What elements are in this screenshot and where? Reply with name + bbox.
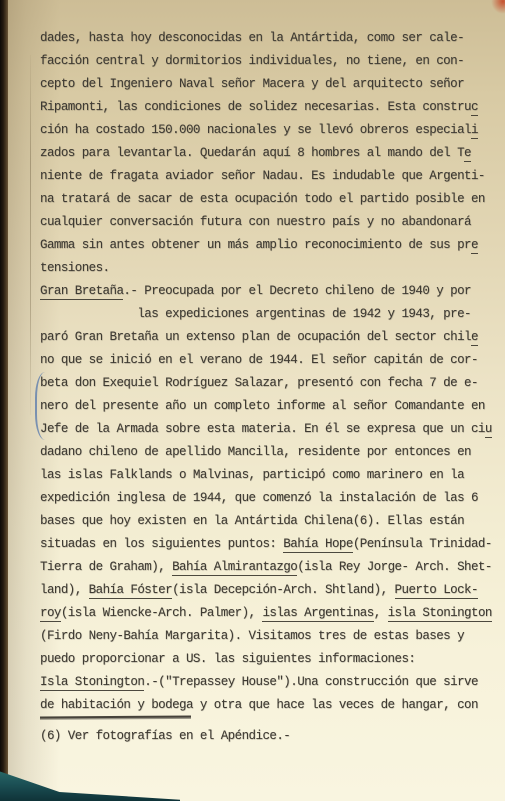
text-segment: niente de fragata aviador señor Nadau. E… xyxy=(40,169,485,183)
text-line: cualquier conversación futura con nuestr… xyxy=(40,211,492,234)
text-segment: beta don Exequiel Rodríguez Salazar, pre… xyxy=(40,376,478,390)
text-line: expedición inglesa de 1944, que comenzó … xyxy=(40,487,492,510)
text-segment: las islas Falklands o Malvinas, particip… xyxy=(40,468,464,482)
text-segment: , xyxy=(374,606,388,620)
text-line: zados para levantarla. Quedarán aquí 8 h… xyxy=(40,142,492,165)
text-segment: cepto del Ingeniero Naval señor Macera y… xyxy=(40,77,464,91)
text-segment: (isla Wiencke-Arch. Palmer), xyxy=(61,606,263,620)
text-line: Gamma sin antes obtener un más amplio re… xyxy=(40,234,492,257)
underlined-text: isla Stonington xyxy=(388,606,492,622)
text-line: Jefe de la Armada sobre esta materia. En… xyxy=(40,418,492,441)
underlined-text: Isla Stonington xyxy=(40,675,144,691)
text-segment: nero del presente año un completo inform… xyxy=(40,399,485,413)
text-segment: puedo proporcionar a US. las siguientes … xyxy=(40,652,415,666)
text-segment: .-("Trepassey House").Una construcción q… xyxy=(144,675,478,689)
text-segment: zados para levantarla. Quedarán aquí 8 h… xyxy=(40,146,464,160)
text-line: (Firdo Neny-Bahía Margarita). Visitamos … xyxy=(40,625,492,648)
underlined-text: e xyxy=(464,146,471,162)
underlined-text: c xyxy=(471,100,478,116)
text-segment: de habitación y bodega y otra que hace l… xyxy=(40,698,478,712)
text-segment: dadano chileno de apellido Mancilla, res… xyxy=(40,445,471,459)
text-segment: na tratará de sacar de esta ocupación to… xyxy=(40,192,485,206)
underlined-text: Puerto Lock- xyxy=(395,583,478,599)
underlined-text: Bahía Hope xyxy=(283,537,353,553)
underlined-text: e xyxy=(471,238,478,254)
document-page: dades, hasta hoy desconocidas en la Antá… xyxy=(0,0,505,801)
text-segment: (Península Trinidad- xyxy=(353,537,492,551)
text-line: tensiones. xyxy=(40,257,492,280)
text-line: paró Gran Bretaña un extenso plan de ocu… xyxy=(40,326,492,349)
underlined-text: i xyxy=(471,123,478,139)
document-photo: dades, hasta hoy desconocidas en la Antá… xyxy=(0,0,505,801)
underlined-text: e xyxy=(471,330,478,346)
text-segment: ción ha costado 150.000 nacionales y se … xyxy=(40,123,471,137)
text-line: dades, hasta hoy desconocidas en la Antá… xyxy=(40,27,492,50)
text-line: facción central y dormitorios individual… xyxy=(40,50,492,73)
paper-crease xyxy=(30,55,31,415)
text-line: Isla Stonington.-("Trepassey House").Una… xyxy=(40,671,492,694)
text-line: niente de fragata aviador señor Nadau. E… xyxy=(40,165,492,188)
text-segment: cualquier conversación futura con nuestr… xyxy=(40,215,471,229)
text-segment: bases que hoy existen en la Antártida Ch… xyxy=(40,514,464,528)
text-line: land), Bahía Fóster(isla Decepción-Arch.… xyxy=(40,579,492,602)
text-segment: (isla Rey Jorge- Arch. Shet- xyxy=(297,560,492,574)
text-line: situadas en los siguientes puntos: Bahía… xyxy=(40,533,492,556)
text-segment: facción central y dormitorios individual… xyxy=(40,54,464,68)
text-segment: situadas en los siguientes puntos: xyxy=(40,537,283,551)
text-segment: paró Gran Bretaña un extenso plan de ocu… xyxy=(40,330,471,344)
text-line: Gran Bretaña.- Preocupada por el Decreto… xyxy=(40,280,492,303)
document-lines: dades, hasta hoy desconocidas en la Antá… xyxy=(40,27,492,717)
text-segment: Ripamonti, las condiciones de solidez ne… xyxy=(40,100,471,114)
underlined-text: roy xyxy=(40,606,61,622)
text-segment: no que se inició en el verano de 1944. E… xyxy=(40,353,478,367)
text-line: bases que hoy existen en la Antártida Ch… xyxy=(40,510,492,533)
text-line: las islas Falklands o Malvinas, particip… xyxy=(40,464,492,487)
text-segment: las expediciones argentinas de 1942 y 19… xyxy=(40,307,471,321)
footnote-separator xyxy=(40,716,191,719)
text-line: cepto del Ingeniero Naval señor Macera y… xyxy=(40,73,492,96)
text-segment: expedición inglesa de 1944, que comenzó … xyxy=(40,491,478,505)
text-line: Ripamonti, las condiciones de solidez ne… xyxy=(40,96,492,119)
text-line: ción ha costado 150.000 nacionales y se … xyxy=(40,119,492,142)
underlined-text: Gran Bretaña xyxy=(40,284,123,300)
text-segment: Tierra de Graham), xyxy=(40,560,172,574)
text-segment: .- Preocupada por el Decreto chileno de … xyxy=(123,284,471,298)
underlined-text: u xyxy=(485,422,492,438)
text-line: na tratará de sacar de esta ocupación to… xyxy=(40,188,492,211)
text-line: no que se inició en el verano de 1944. E… xyxy=(40,349,492,372)
text-line: roy(isla Wiencke-Arch. Palmer), islas Ar… xyxy=(40,602,492,625)
text-line: dadano chileno de apellido Mancilla, res… xyxy=(40,441,492,464)
red-mark xyxy=(491,0,505,14)
text-segment: dades, hasta hoy desconocidas en la Antá… xyxy=(40,31,464,45)
text-segment: tensiones. xyxy=(40,261,110,275)
underlined-text: islas Argentinas xyxy=(262,606,373,622)
text-line: nero del presente año un completo inform… xyxy=(40,395,492,418)
underlined-text: Bahía Almirantazgo xyxy=(172,560,297,576)
text-line: las expediciones argentinas de 1942 y 19… xyxy=(40,303,492,326)
text-line: de habitación y bodega y otra que hace l… xyxy=(40,694,492,717)
underlined-text: Bahía Fóster xyxy=(89,583,172,599)
text-line: puedo proporcionar a US. las siguientes … xyxy=(40,648,492,671)
text-segment: (isla Decepción-Arch. Shtland), xyxy=(172,583,394,597)
text-segment: (Firdo Neny-Bahía Margarita). Visitamos … xyxy=(40,629,464,643)
text-segment: Gamma sin antes obtener un más amplio re… xyxy=(40,238,471,252)
text-line: Tierra de Graham), Bahía Almirantazgo(is… xyxy=(40,556,492,579)
text-line: beta don Exequiel Rodríguez Salazar, pre… xyxy=(40,372,492,395)
text-segment: Jefe de la Armada sobre esta materia. En… xyxy=(40,422,485,436)
text-segment: land), xyxy=(40,583,89,597)
footnote-text: (6) Ver fotografías en el Apéndice.- xyxy=(40,725,290,748)
photo-dark-edge xyxy=(0,0,8,801)
